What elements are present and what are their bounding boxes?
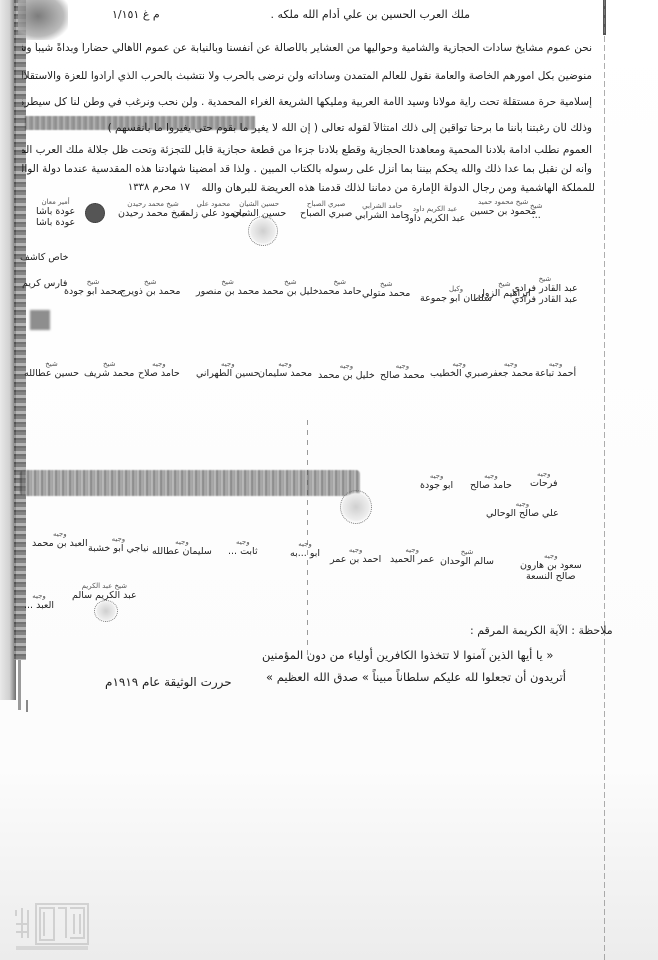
signature: وجيهمحمد سليمان xyxy=(258,360,312,379)
seal-stamp xyxy=(248,216,278,246)
signature: شيخسالم الوحدان xyxy=(440,548,494,567)
signature: شيخ محمود حميدمحمود بن حسين xyxy=(470,198,536,217)
signature: وجيهأحمد تباعة xyxy=(535,360,576,379)
signature: وجيهمحمد جعفر xyxy=(488,360,533,379)
signature: وجيهحسين الطهراني xyxy=(196,360,260,379)
document-date: حررت الوثيقة عام ١٩١٩م xyxy=(105,675,232,689)
ink-smear-band xyxy=(20,470,360,496)
signature: وجيهسليمان عطالله xyxy=(152,538,212,557)
signature: حامد الشرابيحامد الشرابي xyxy=(355,202,409,221)
ink-smudge xyxy=(18,0,68,40)
signature: وكيلسلطان ابو جموعة xyxy=(420,285,492,304)
signature: وجيهحامد صالح xyxy=(470,472,512,491)
body-line: وذلك لأن رغبتنا بأننا ما برحنا تواقين إل… xyxy=(22,122,592,134)
signature: شيخمحمد ابو جودة xyxy=(64,278,122,297)
signature: شيخمحمد متولي xyxy=(362,280,410,299)
verse-line: « يا أيها الذين آمنوا لا تتخذوا الكافرين… xyxy=(262,648,553,662)
signature: شيخمحمد شريف xyxy=(84,360,134,379)
ink-blot xyxy=(30,310,50,330)
signature: شيخحامد محمد xyxy=(318,278,362,297)
signature: فارس كريم xyxy=(22,278,67,289)
signature: أمير معانعودة باشاعودة باشا xyxy=(36,198,75,228)
signature: وجيهالعبد ... xyxy=(24,592,54,611)
signature: وجيهالعبد بن محمد xyxy=(32,530,88,549)
signature: وجيهصبري الخطيب xyxy=(430,360,488,379)
signature: وجيهحامد صلاح xyxy=(138,360,180,379)
body-line: العموم نطلب ادامة بلادنا المحمية ومعاهدن… xyxy=(22,144,592,156)
document-page: م غ ١/١٥١ ملك العرب الحسين بن علي أدام ا… xyxy=(0,0,658,960)
margin-mark xyxy=(26,700,28,712)
signature: شيخمحمد بن ذويرج xyxy=(120,278,180,297)
signature: وجيهثابت ... xyxy=(228,538,258,557)
signature: محمود عليمحمود علي زلمة xyxy=(180,200,247,219)
signature: وجيهاحمد بن عمر xyxy=(330,546,381,565)
side-label: خاص كاشف xyxy=(20,252,68,263)
signature: وجيهابو ...به xyxy=(290,540,320,559)
signature: شيخ محمد رحيدنشيخ محمد رحيدن xyxy=(118,200,188,219)
signature: وجيهعلي صالح الوحالي xyxy=(486,500,559,519)
body-line: وأنه لن نقبل بما عدا ذلك والله يحكم بينن… xyxy=(22,163,592,175)
vertical-fold-line xyxy=(604,0,605,960)
signature: صبري الصباحصبري الصباح xyxy=(300,200,352,219)
body-line: منوضين بكل امورهم الخاصة والعامة نقول لل… xyxy=(22,70,592,82)
signature: شيخحسين عطالله xyxy=(24,360,79,379)
verse-line: أتريدون أن تجعلوا لله عليكم سلطاناً مبين… xyxy=(266,670,566,684)
signature: شيخ عبد الكريمعبد الكريم سالم xyxy=(72,582,137,601)
signature: وجيهعمر الحميد xyxy=(390,546,434,565)
border-mark xyxy=(18,660,21,710)
signature: وجيهسعود بن هارونصالح النسعة xyxy=(520,552,582,582)
signature: وجيهابو جودة xyxy=(420,472,453,491)
body-line: للمملكة الهاشمية ومن رجال الدولة الإمارة… xyxy=(200,182,595,194)
note-title: ملاحظة : الآية الكريمة المرقم : xyxy=(470,624,613,637)
body-line: إسلامية حرة مستقلة تحت راية مولانا وسيد … xyxy=(22,96,592,108)
archive-logo-icon xyxy=(10,900,90,952)
signature: وجيهخليل بن محمد xyxy=(318,362,375,381)
signature: وجيهنياجي ابو خشبة xyxy=(88,535,149,554)
reference-number: م غ ١/١٥١ xyxy=(112,8,160,21)
signature: شيخمحمد بن منصور xyxy=(196,278,259,297)
seal-stamp xyxy=(85,203,105,223)
body-line: نحن عموم مشايخ سادات الحجازية والشامية و… xyxy=(22,42,592,54)
signature: وجيهفرحات xyxy=(530,470,558,489)
inline-date: ١٧ محرم ١٣٣٨ xyxy=(80,182,190,193)
signature: شيخخليل بن محمد xyxy=(262,278,319,297)
signature: وجيهمحمد صالح xyxy=(380,362,425,381)
seal-stamp xyxy=(340,490,372,524)
seal-stamp xyxy=(94,600,118,622)
signature: عبد الكريم داودعبد الكريم داود xyxy=(405,205,465,224)
document-heading: ملك العرب الحسين بن علي أدام الله ملكه . xyxy=(200,8,470,21)
